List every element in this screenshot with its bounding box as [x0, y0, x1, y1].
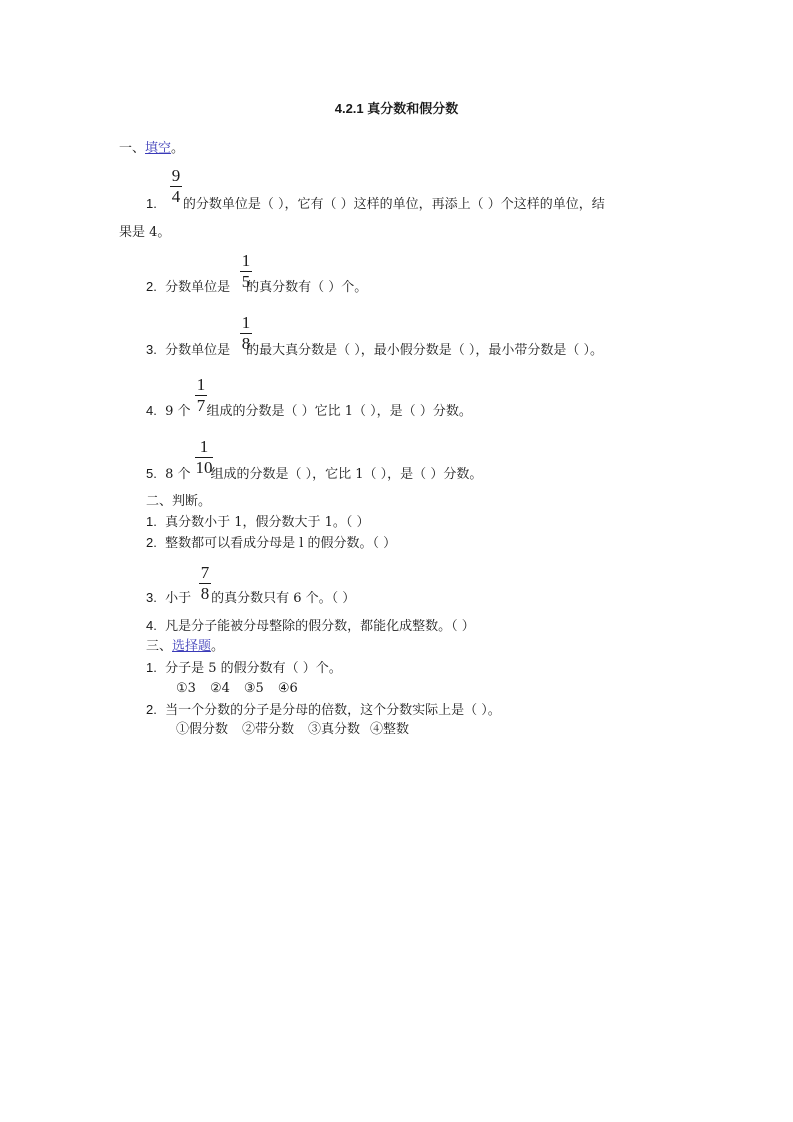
question-pre: 分数单位是	[165, 343, 230, 358]
question-text: 的真分数有（ ）个。	[246, 280, 367, 295]
question-number: 1.	[146, 514, 157, 529]
section-2-heading: 二、判断。	[146, 494, 211, 510]
option-1: ①3	[176, 681, 196, 696]
question-text: 的最大真分数是（ ），最小假分数是（ ），最小带分数是（ ）。	[246, 343, 603, 358]
question-1-3: 3. 分数单位是的最大真分数是（ ），最小假分数是（ ），最小带分数是（ ）。	[146, 342, 603, 359]
section-3-suffix: 。	[211, 639, 224, 654]
numerator: 1	[240, 252, 252, 270]
option-2: ②带分数	[242, 722, 294, 737]
question-text: 整数都可以看成分母是 l 的假分数。（ ）	[165, 536, 396, 551]
question-text: 的分数单位是（ ），它有（ ）这样的单位，再添上（ ）个这样的单位，结	[183, 197, 605, 212]
option-3: ③真分数	[308, 722, 360, 737]
question-2-2: 2. 整数都可以看成分母是 l 的假分数。（ ）	[146, 535, 396, 552]
question-number: 1.	[146, 660, 157, 675]
option-4: ④整数	[370, 722, 409, 737]
question-2-1: 1. 真分数小于 1，假分数大于 1。（ ）	[146, 514, 370, 531]
question-text: 分子是 5 的假分数有（ ）个。	[165, 661, 342, 676]
question-1-5: 5. 8 个组成的分数是（ ），它比 1（ ），是（ ）分数。	[146, 466, 482, 483]
question-text: 组成的分数是（ ），它比 1（ ），是（ ）分数。	[211, 467, 483, 482]
numerator: 1	[195, 376, 207, 394]
question-3-2-options: ①假分数②带分数③真分数④整数	[176, 722, 409, 738]
question-2-3: 3. 小于的真分数只有 6 个。（ ）	[146, 590, 355, 607]
question-text: 真分数小于 1，假分数大于 1。（ ）	[165, 515, 369, 530]
question-3-1-options: ①3②4③5④6	[176, 681, 298, 697]
question-pre: 8 个	[165, 467, 190, 482]
question-pre: 分数单位是	[165, 280, 230, 295]
question-3-2: 2. 当一个分数的分子是分母的倍数，这个分数实际上是（ ）。	[146, 702, 501, 719]
question-1-1: 1.的分数单位是（ ），它有（ ）这样的单位，再添上（ ）个这样的单位，结	[146, 196, 605, 213]
question-number: 4.	[146, 403, 157, 418]
section-3-heading: 三、选择题。	[146, 639, 224, 655]
question-text: 当一个分数的分子是分母的倍数，这个分数实际上是（ ）。	[165, 703, 501, 718]
option-2: ②4	[210, 681, 230, 696]
question-pre: 小于	[165, 591, 191, 606]
option-4: ④6	[278, 681, 298, 696]
numerator: 1	[195, 438, 213, 456]
section-3-prefix: 三、	[146, 639, 172, 654]
question-text: 凡是分子能被分母整除的假分数，都能化成整数。（ ）	[165, 619, 475, 634]
section-1-prefix: 一、	[119, 141, 145, 156]
option-3: ③5	[244, 681, 264, 696]
numerator: 9	[170, 167, 182, 185]
question-3-1: 1. 分子是 5 的假分数有（ ）个。	[146, 660, 342, 677]
question-number: 2.	[146, 702, 157, 717]
numerator: 1	[240, 314, 252, 332]
question-number: 3.	[146, 590, 157, 605]
question-number: 1.	[146, 196, 157, 211]
question-1-1-cont: 果是 4。	[119, 225, 170, 241]
question-pre: 9 个	[165, 404, 190, 419]
question-number: 5.	[146, 466, 157, 481]
question-number: 4.	[146, 618, 157, 633]
fill-blank-link[interactable]: 填空	[145, 141, 171, 156]
question-number: 2.	[146, 279, 157, 294]
question-number: 3.	[146, 342, 157, 357]
option-1: ①假分数	[176, 722, 228, 737]
question-1-2: 2. 分数单位是的真分数有（ ）个。	[146, 279, 367, 296]
page-title: 4.2.1 真分数和假分数	[0, 98, 793, 117]
question-2-4: 4. 凡是分子能被分母整除的假分数，都能化成整数。（ ）	[146, 618, 475, 635]
section-1-heading: 一、填空。	[119, 141, 184, 157]
question-1-4: 4. 9 个组成的分数是（ ）它比 1（ ），是（ ）分数。	[146, 403, 472, 420]
question-text: 的真分数只有 6 个。（ ）	[211, 591, 355, 606]
numerator: 7	[199, 564, 211, 582]
question-number: 2.	[146, 535, 157, 550]
section-1-suffix: 。	[171, 141, 184, 156]
multiple-choice-link[interactable]: 选择题	[172, 639, 211, 654]
question-text: 组成的分数是（ ）它比 1（ ），是（ ）分数。	[207, 404, 472, 419]
